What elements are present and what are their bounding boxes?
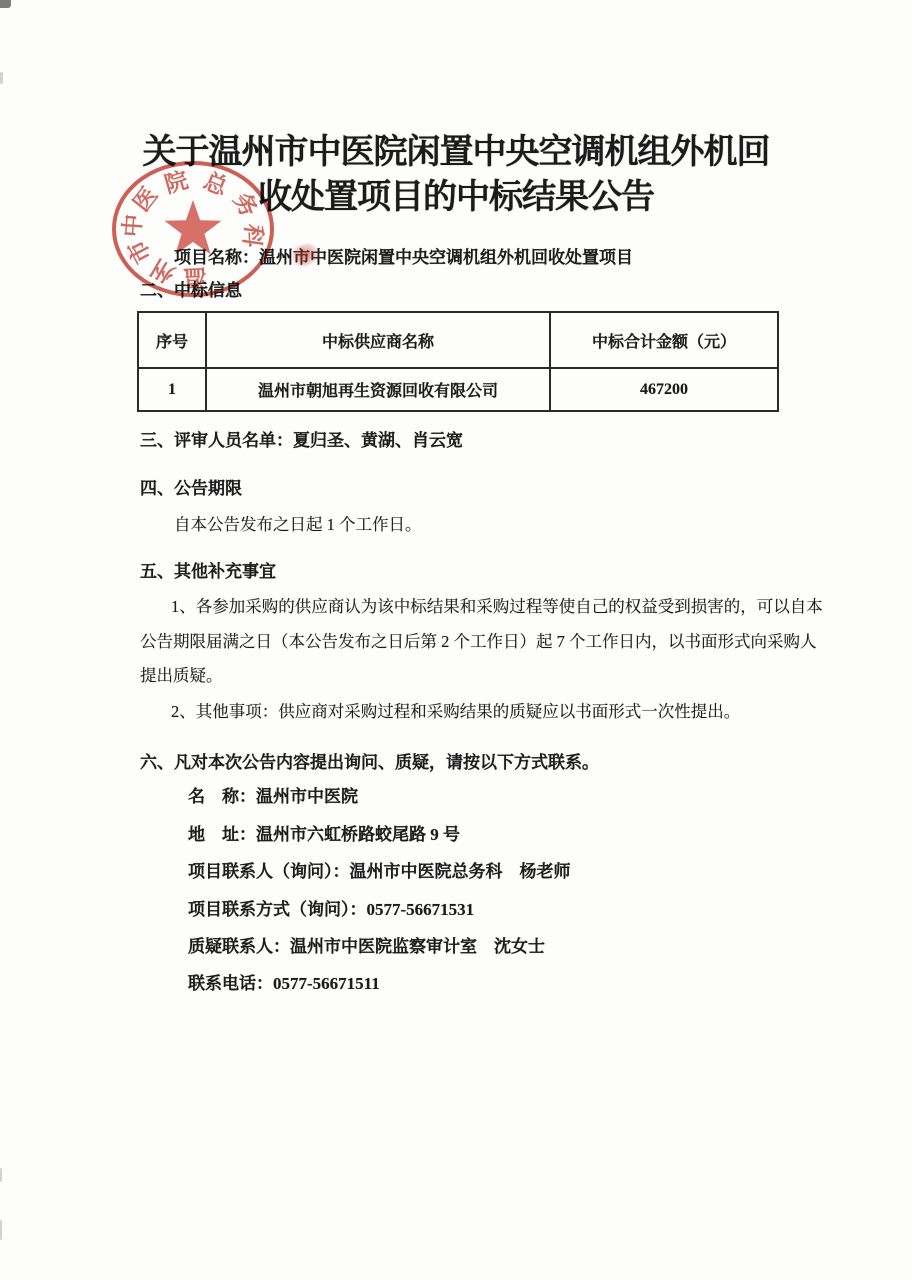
contact-person-line: 项目联系人（询问）：温州市中医院总务科 杨老师 (188, 861, 571, 882)
supplement-para2: 2、其他事项：供应商对采购过程和采购结果的质疑应以书面形式一次性提出。 (171, 702, 740, 723)
table-cell-no: 1 (138, 368, 206, 411)
supplement-para1-line: 公告期限届满之日（本公告发布之日后第 2 个工作日）起 7 个工作日内，以书面形… (140, 632, 817, 653)
contact-challenge-line: 质疑联系人：温州市中医院监察审计室 沈女士 (188, 936, 545, 957)
section-heading-reviewers: 三、评审人员名单：夏归圣、黄湖、肖云宽 (140, 430, 463, 451)
table-cell-amount: 467200 (550, 368, 778, 411)
table-header-no: 序号 (138, 312, 206, 368)
project-name-line: 项目名称：温州市中医院闲置中央空调机组外机回收处置项目 (174, 247, 633, 268)
scan-corner-mark (0, 0, 11, 8)
section-heading-bid-info: 二、中标信息 (140, 280, 242, 301)
table-row: 1 温州市朝旭再生资源回收有限公司 467200 (138, 368, 778, 411)
section-heading-period: 四、公告期限 (140, 478, 242, 499)
contact-name-line: 名 称：温州市中医院 (188, 786, 358, 807)
supplement-para1-line: 提出质疑。 (140, 666, 223, 687)
document-title-line-2: 收处置项目的中标结果公告 (0, 169, 912, 218)
document-page: 关于温州市中医院闲置中央空调机组外机回 收处置项目的中标结果公告 项目名称：温州… (0, 0, 912, 1280)
document-title-line-1: 关于温州市中医院闲置中央空调机组外机回 (0, 124, 912, 173)
table-cell-supplier: 温州市朝旭再生资源回收有限公司 (206, 368, 550, 411)
table-header-row: 序号 中标供应商名称 中标合计金额（元） (138, 312, 778, 368)
scan-edge-smudge (0, 1168, 2, 1182)
table-header-supplier: 中标供应商名称 (206, 312, 550, 368)
section-heading-contact: 六、凡对本次公告内容提出询问、质疑，请按以下方式联系。 (140, 752, 599, 773)
contact-method-line: 项目联系方式（询问）：0577-56671531 (188, 899, 474, 920)
section-heading-supplement: 五、其他补充事宜 (140, 561, 276, 582)
supplement-para1-line: 1、各参加采购的供应商认为该中标结果和采购过程等使自己的权益受到损害的，可以自本 (171, 597, 823, 618)
bid-result-table: 序号 中标供应商名称 中标合计金额（元） 1 温州市朝旭再生资源回收有限公司 4… (137, 311, 779, 412)
contact-address-line: 地 址：温州市六虹桥路蛟尾路 9 号 (188, 824, 460, 845)
scan-edge-smudge (0, 72, 3, 84)
table-header-amount: 中标合计金额（元） (550, 312, 778, 368)
scan-edge-smudge (0, 1220, 2, 1240)
svg-text:科: 科 (238, 223, 266, 250)
svg-text:市: 市 (123, 236, 156, 268)
period-body: 自本公告发布之日起 1 个工作日。 (174, 515, 422, 536)
contact-phone-line: 联系电话：0577-56671511 (188, 973, 380, 994)
